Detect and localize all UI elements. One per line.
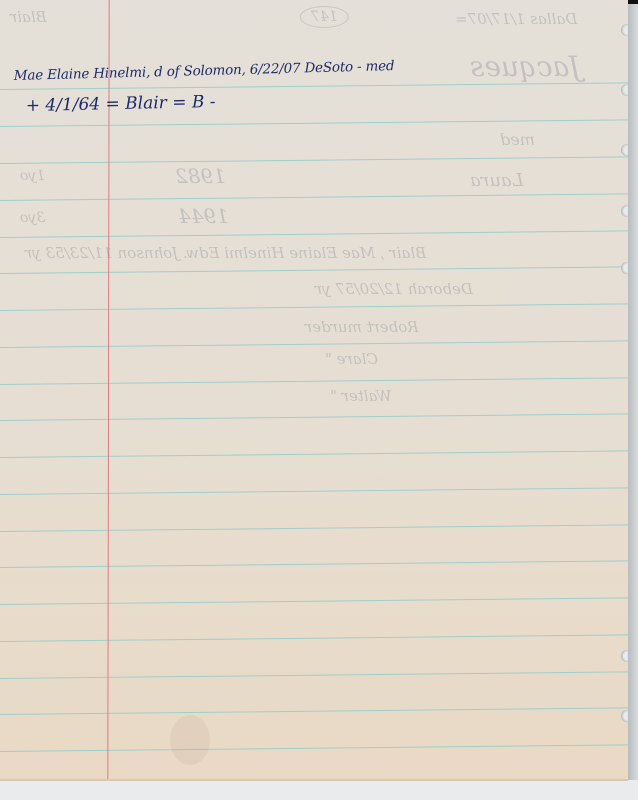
binder-hole [621, 84, 628, 96]
handwritten-line-2: + 4/1/64 = Blair = B - [26, 92, 216, 116]
rule-line [0, 413, 628, 421]
rule-line [0, 340, 628, 348]
rule-line [0, 377, 628, 385]
bleed-through-circled-number: 147 [300, 6, 349, 28]
bleed-through-text: Deborah 12/20/57 yr [315, 280, 473, 298]
handwritten-line-1: Mae Elaine Hinelmi, d of Solomon, 6/22/0… [14, 58, 395, 84]
binder-hole [621, 205, 628, 217]
bleed-through-text: Dallas 1/17/07= [455, 10, 577, 28]
bleed-through-text: 3yo [20, 210, 45, 226]
binder-hole [621, 144, 628, 156]
bleed-through-text: Laura [470, 170, 524, 191]
rule-line [0, 634, 628, 642]
paper-stain [170, 715, 210, 765]
notebook-page: Blair 147 Dallas 1/17/07= Jacques med La… [0, 0, 628, 779]
rule-line [0, 524, 628, 532]
bleed-through-text: Blair , Mae Elaine Hinelmi Edw. Johnson … [25, 244, 426, 262]
bleed-through-text: Blair [10, 8, 47, 26]
binder-hole [621, 650, 628, 662]
bleed-through-text: 1944 [178, 204, 229, 228]
binder-hole [621, 710, 628, 722]
rule-line [0, 119, 628, 127]
bleed-through-text: Walter " [330, 387, 392, 405]
rule-line [0, 82, 628, 90]
rule-line [0, 156, 628, 164]
bleed-through-text: Clare " [325, 350, 378, 368]
rule-line [0, 560, 628, 568]
bleed-through-text: Robert murder [305, 318, 418, 336]
scanner-backdrop [628, 0, 638, 780]
bleed-through-text: Jacques [470, 50, 581, 83]
rule-line [0, 230, 628, 238]
red-margin-line [107, 0, 109, 779]
rule-line [0, 193, 628, 201]
rule-line [0, 266, 628, 274]
rule-line [0, 487, 628, 495]
rule-line [0, 303, 628, 311]
binder-hole [621, 262, 628, 274]
bleed-through-text: 1982 [175, 164, 226, 188]
paper-bottom-edge [0, 779, 628, 781]
binder-hole [621, 24, 628, 36]
rule-line [0, 744, 628, 752]
rule-line [0, 597, 628, 605]
rule-line [0, 707, 628, 715]
bleed-through-text: 1yo [20, 168, 45, 184]
rule-line [0, 450, 628, 458]
rule-line [0, 671, 628, 679]
bleed-through-text: med [500, 130, 535, 149]
